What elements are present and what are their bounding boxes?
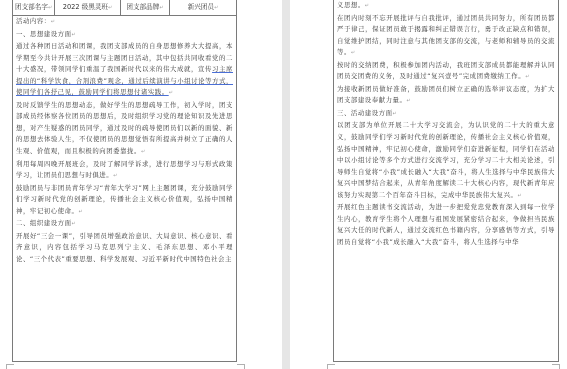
header-cell-branch-name-value[interactable]: 2022 级黑灵班↵ xyxy=(55,0,121,15)
paragraph: 义思想。↵ xyxy=(337,0,555,13)
page-corner-mark xyxy=(237,364,245,369)
activity-content-cell[interactable]: 活动内容：↵ 一、思想建设方面↵ 通过各种团日活动和团课，我团支部成员的自身思想… xyxy=(13,16,236,265)
page-corner-mark xyxy=(552,364,560,369)
paragraph: 通过各种团日活动和团课，我团支部成员的自身思想修养大大提高，本学期至今共计开展三… xyxy=(16,41,233,100)
paragraph: 以团支部为单位开展二十大学习交流会，为认识党的二十大的重大意义，鼓励同学们学习新… xyxy=(337,120,555,202)
section-heading: 二、组织建设方面↵ xyxy=(16,218,233,231)
paragraph: 开展红色主题读书交流活动，为进一步把爱党忠党教育深入到每一位学生内心，教育学生将… xyxy=(337,202,555,248)
header-row: 团支部名字↵ 2022 级黑灵班↵ 团支部品牌↵ 新兴团员↵ xyxy=(13,0,236,16)
header-cell-brand-value[interactable]: 新兴团员↵ xyxy=(170,0,236,15)
paragraph: 利用每周四晚开展班会，及时了解同学诉求，进行思想学习与形式政策学习，让团员们思想… xyxy=(16,159,233,183)
paragraph: 在团内时刻不忘开展批评与自我批评，通过团员共同努力，所有团员都严于律己，保证团员… xyxy=(337,13,555,60)
paragraph: 及时反馈学生的思想动态，做好学生的思想疏导工作，初入学时，团支部成员经体察各位团… xyxy=(16,100,233,159)
page-corner-mark xyxy=(327,364,335,369)
header-cell-branch-name-label[interactable]: 团支部名字↵ xyxy=(13,0,55,15)
page-corner-mark xyxy=(6,364,14,369)
document-page-right: 义思想。↵ 在团内时刻不忘开展批评与自我批评，通过团员共同努力，所有团员都严于律… xyxy=(290,0,567,369)
paragraph: 鼓励团员与非团员青年学习“青年大学习”网上主题团课，充分鼓励同学们学习新时代党的… xyxy=(16,183,233,219)
paragraph: 开展好“三会一课”，引导团员增强政治意识、大局意识、核心意识、看齐意识，内容包括… xyxy=(16,231,233,266)
activity-table-left: 团支部名字↵ 2022 级黑灵班↵ 团支部品牌↵ 新兴团员↵ 活动内容：↵ 一、… xyxy=(12,0,237,362)
activity-table-right: 义思想。↵ 在团内时刻不忘开展批评与自我批评，通过团员共同努力，所有团员都严于律… xyxy=(333,0,559,362)
section-heading: 一、思想建设方面↵ xyxy=(16,29,233,42)
section-heading: 三、活动建设方面↵ xyxy=(337,108,555,121)
document-page-left: 团支部名字↵ 2022 级黑灵班↵ 团支部品牌↵ 新兴团员↵ 活动内容：↵ 一、… xyxy=(0,0,282,369)
paragraph: 活动内容：↵ xyxy=(16,16,233,29)
paragraph: 为接收新团员做好准备，鼓励团员们树立正确的选举评议态度，为扩大团支部建设奉献力量… xyxy=(337,84,555,108)
activity-content-cell[interactable]: 义思想。↵ 在团内时刻不忘开展批评与自我批评，通过团员共同努力，所有团员都严于律… xyxy=(334,0,558,248)
paragraph: 按时的交纳团费，积极参加团内活动，我班团支部成员都能理解并认同团员交团费的义务，… xyxy=(337,60,555,84)
header-cell-brand-label[interactable]: 团支部品牌↵ xyxy=(121,0,170,15)
